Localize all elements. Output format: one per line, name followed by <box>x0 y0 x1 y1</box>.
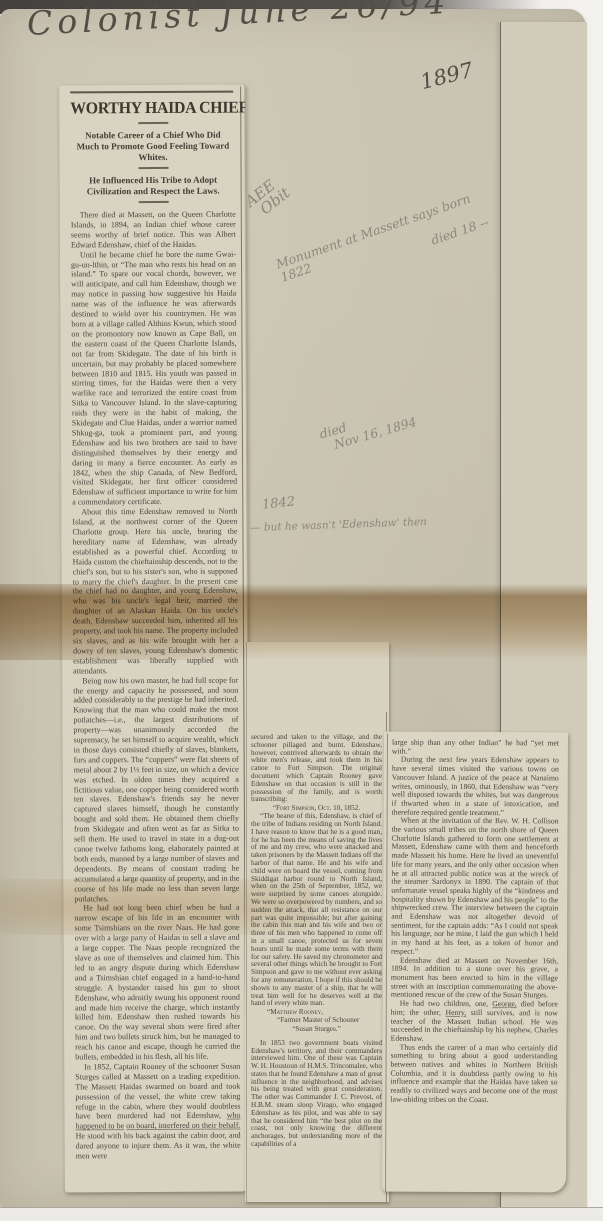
article-paragraph: He had two children, one, George, died b… <box>391 1000 558 1044</box>
article-paragraph: Until he became chief he bore the name G… <box>71 249 237 507</box>
article-paragraph: In 1853 two government boats visited Ede… <box>251 1040 382 1149</box>
article-paragraph: He had not long been chief when he had a… <box>74 903 240 1062</box>
article-paragraph: During the next few years Edenshaw appea… <box>392 756 559 818</box>
letter-signature-title: “Farmer Master of Schooner <box>251 1016 382 1024</box>
newspaper-clipping-middle-column: secured and taken to the village, and th… <box>245 642 389 1202</box>
letter-signature-name: “Matthew Rooney, <box>251 1008 382 1016</box>
article-paragraph: Edenshaw died at Massett on November 16t… <box>391 956 558 1000</box>
deck-divider-rule <box>138 167 168 169</box>
article-paragraph: About this time Edenshaw removed to Nort… <box>72 507 238 676</box>
scanned-album-page: { "annotations": { "top_note": "Colonist… <box>0 0 603 1221</box>
article-paragraph: Thus ends the career of a man who certai… <box>390 1043 557 1105</box>
headline-top-rule <box>70 91 233 94</box>
article-paragraph: Being now his own master, he had full sc… <box>73 675 239 904</box>
article-deck-2: He Influenced His Tribe to Adopt Civiliz… <box>75 175 232 198</box>
article-paragraph: “The bearer of this, Edenshaw, is chief … <box>251 813 382 1008</box>
headline-divider-rule <box>138 122 168 124</box>
newspaper-clipping-right-column: large ship than any other Indian” he had… <box>382 732 568 1193</box>
article-paragraph: In 1852, Captain Rooney of the schooner … <box>75 1061 241 1161</box>
article-column-2-text: secured and taken to the village, and th… <box>251 734 382 1149</box>
newspaper-clipping-left-column: WORTHY HAIDA CHIEF Notable Career of a C… <box>59 85 251 1193</box>
article-paragraph: There died at Massett, on the Queen Char… <box>71 210 236 250</box>
article-headline: WORTHY HAIDA CHIEF <box>70 98 229 119</box>
article-column-3-text: large ship than any other Indian” he had… <box>390 739 559 1105</box>
letter-signature-vessel: “Susan Sturges.” <box>251 1025 382 1033</box>
article-paragraph: large ship than any other Indian” he had… <box>392 739 559 757</box>
article-paragraph: When at the invitation of the Rev. W. H.… <box>391 817 559 957</box>
article-paragraph: secured and taken to the village, and th… <box>251 734 382 804</box>
article-column-1-text: There died at Massett, on the Queen Char… <box>71 210 241 1162</box>
scan-bottom-edge <box>0 1207 603 1221</box>
article-deck-1: Notable Career of a Chief Who Did Much t… <box>74 130 231 164</box>
deck-divider-rule-2 <box>138 201 168 203</box>
